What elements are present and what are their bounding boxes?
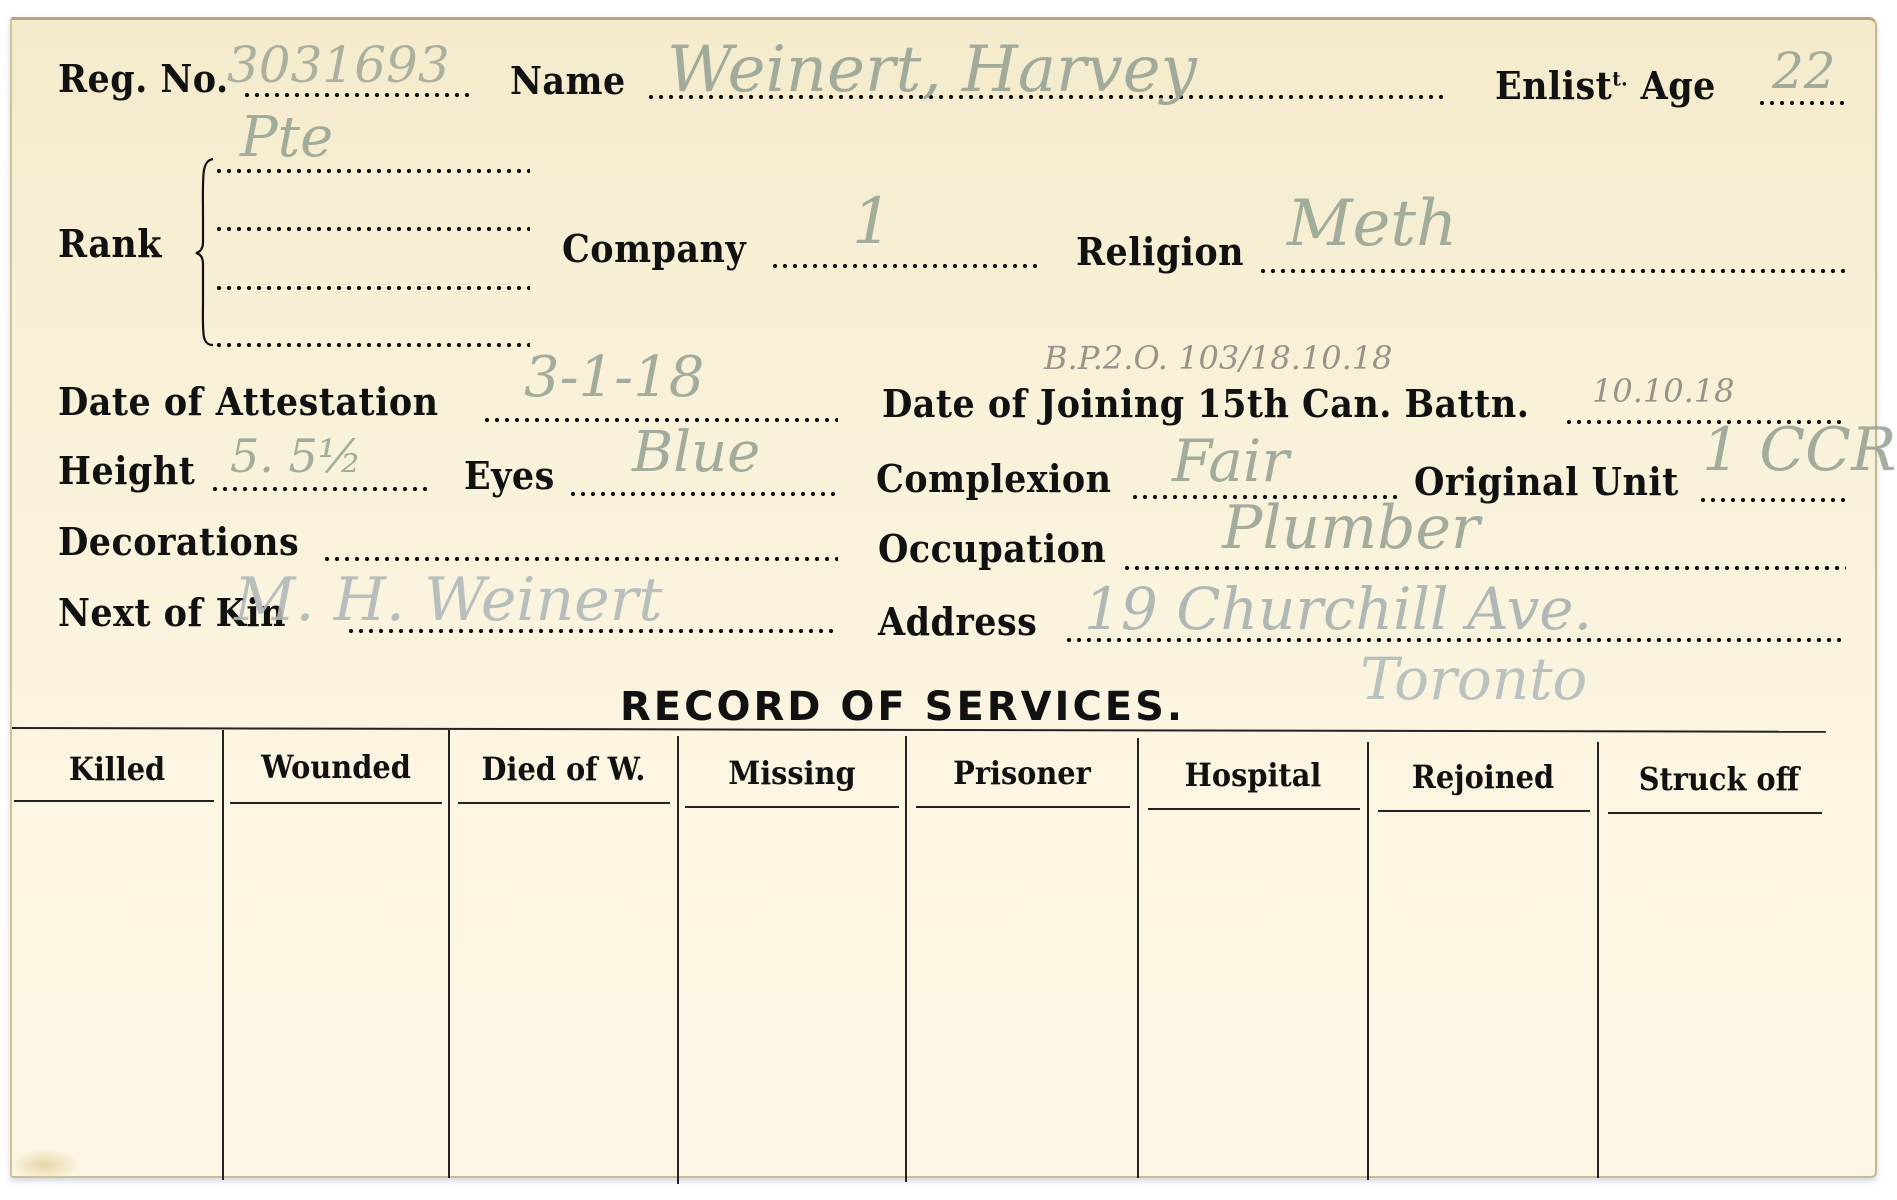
cell-wounded[interactable] xyxy=(224,815,446,1175)
enlist-age-label-tail: Age xyxy=(1628,63,1716,108)
column-header-rejoined: Rejoined xyxy=(1380,758,1585,798)
rank-dotted-line-3 xyxy=(214,285,530,291)
service-record-card: Reg. No. 3031693 Name Weinert, Harvey En… xyxy=(10,17,1877,1178)
company-dotted-line xyxy=(770,263,1038,269)
cell-prisoner[interactable] xyxy=(907,815,1135,1175)
religion-value[interactable]: Meth xyxy=(1287,192,1457,256)
header-underline-prisoner xyxy=(916,806,1130,808)
rank-label: Rank xyxy=(58,225,162,263)
height-dotted-line xyxy=(210,486,430,492)
original-unit-dotted-line xyxy=(1698,497,1846,503)
header-underline-hospital xyxy=(1148,808,1360,810)
column-header-killed: Killed xyxy=(23,750,212,790)
reg-no-label: Reg. No. xyxy=(58,60,229,98)
record-of-services-title: RECORD OF SERVICES. xyxy=(620,684,1185,730)
next-of-kin-value[interactable]: M. H. Weinert xyxy=(234,570,662,630)
occupation-dotted-line xyxy=(1122,565,1846,571)
cell-hospital[interactable] xyxy=(1139,815,1365,1175)
date-of-joining-annotation: B.P.2.O. 103/18.10.18 xyxy=(1044,342,1393,374)
rank-dotted-line-4 xyxy=(214,342,530,348)
enlist-age-value[interactable]: 22 xyxy=(1772,46,1836,96)
cell-missing[interactable] xyxy=(679,815,903,1175)
address-value-line1[interactable]: 19 Churchill Ave. xyxy=(1084,580,1592,638)
eyes-dotted-line xyxy=(568,491,838,497)
header-underline-died-of-wounds xyxy=(458,802,670,804)
enlist-age-dotted-line xyxy=(1757,100,1845,106)
name-value[interactable]: Weinert, Harvey xyxy=(667,38,1197,102)
cell-struck-off[interactable] xyxy=(1599,815,1839,1175)
column-header-wounded: Wounded xyxy=(235,748,437,788)
reg-no-value[interactable]: 3031693 xyxy=(227,40,450,90)
eyes-label: Eyes xyxy=(464,457,555,495)
header-underline-struck-off xyxy=(1608,812,1822,814)
occupation-value[interactable]: Plumber xyxy=(1222,498,1480,558)
date-of-joining-value[interactable]: 10.10.18 xyxy=(1592,375,1735,407)
name-label: Name xyxy=(510,62,626,100)
column-header-died-of-wounds: Died of W. xyxy=(461,750,665,790)
address-value-line2[interactable]: Toronto xyxy=(1360,650,1587,708)
height-value[interactable]: 5. 5½ xyxy=(230,433,362,479)
address-label: Address xyxy=(878,603,1037,641)
height-label: Height xyxy=(58,452,195,490)
column-header-prisoner: Prisoner xyxy=(919,754,1126,794)
date-of-attestation-label: Date of Attestation xyxy=(58,383,439,421)
religion-label: Religion xyxy=(1076,233,1244,271)
enlist-age-label: Enlistt. Age xyxy=(1495,67,1716,105)
decorations-label: Decorations xyxy=(58,523,299,561)
enlist-age-label-sup: t. xyxy=(1612,66,1628,90)
column-header-missing: Missing xyxy=(690,754,893,794)
rank-dotted-line-2 xyxy=(214,226,530,232)
complexion-label: Complexion xyxy=(876,460,1112,498)
company-label: Company xyxy=(562,230,746,268)
enlist-age-label-main: Enlist xyxy=(1495,63,1612,108)
rank-brace-icon xyxy=(195,157,215,347)
eyes-value[interactable]: Blue xyxy=(632,425,760,481)
header-underline-wounded xyxy=(230,802,442,804)
date-of-joining-label: Date of Joining 15th Can. Battn. xyxy=(882,385,1529,423)
cell-killed[interactable] xyxy=(12,815,220,1175)
cell-died-of-wounds[interactable] xyxy=(450,815,675,1175)
occupation-label: Occupation xyxy=(878,530,1106,568)
header-underline-killed xyxy=(14,800,214,802)
column-header-struck-off: Struck off xyxy=(1611,760,1827,800)
original-unit-value[interactable]: 1 CCR xyxy=(1702,420,1896,480)
complexion-value[interactable]: Fair xyxy=(1172,432,1289,490)
header-underline-rejoined xyxy=(1378,810,1590,812)
date-of-attestation-value[interactable]: 3-1-18 xyxy=(524,350,704,406)
column-header-hospital: Hospital xyxy=(1150,756,1355,796)
company-value[interactable]: 1 xyxy=(852,190,893,254)
religion-dotted-line xyxy=(1258,268,1846,274)
rank-value[interactable]: Pte xyxy=(240,110,333,166)
header-underline-missing xyxy=(685,806,899,808)
decorations-dotted-line xyxy=(322,556,838,562)
cell-rejoined[interactable] xyxy=(1369,815,1595,1175)
